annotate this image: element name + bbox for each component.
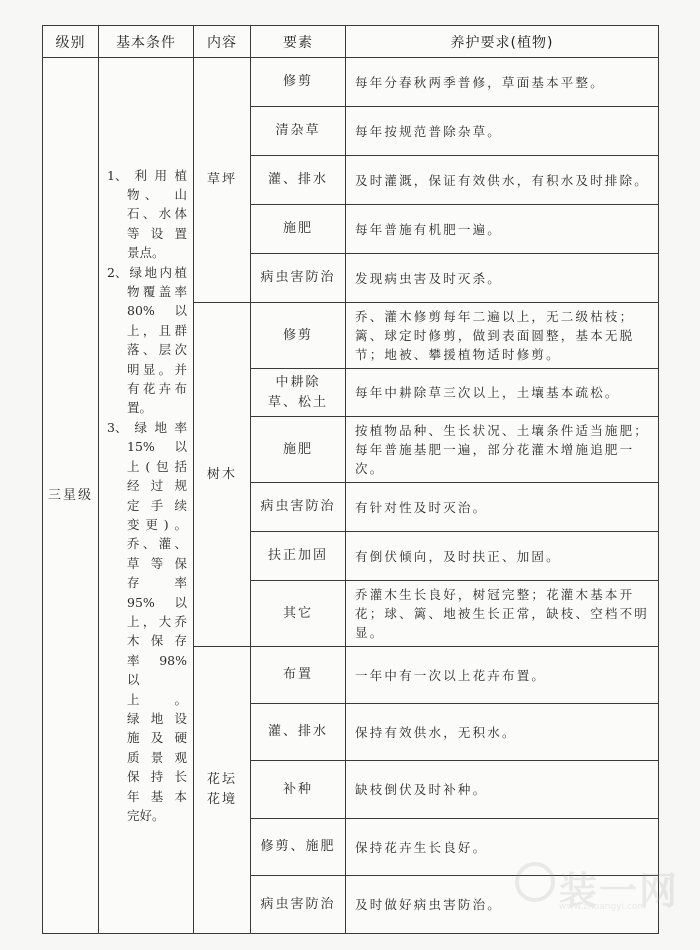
condition-number: 1、 <box>107 166 127 185</box>
requirement-cell: 发现病虫害及时灭杀。 <box>346 254 659 303</box>
condition-number: 3、 <box>107 418 127 437</box>
requirement-cell: 每年按规范普除杂草。 <box>346 107 659 156</box>
requirement-cell: 缺枝倒伏及时补种。 <box>346 761 659 819</box>
element-cell: 修剪 <box>251 303 346 369</box>
element-cell: 病虫害防治 <box>251 483 346 532</box>
condition-item-2: 2、绿地内植 物覆盖率 80% 以 上，且群 落、层次 明显。并 有花卉布 置。 <box>107 263 187 418</box>
header-content: 内容 <box>194 26 251 58</box>
requirement-cell: 每年分春秋两季普修，草面基本平整。 <box>346 58 659 107</box>
requirement-cell: 乔灌木生长良好，树冠完整；花灌木基本开花；球、篱、地被生长正常，缺枝、空档不明显… <box>346 581 659 647</box>
table-row: 三星级 1、利用植 物、 山 石、水体 等设置 景点。 2、绿地内植 物覆盖率 … <box>43 58 659 107</box>
content-cell-flowerbeds: 花坛 花境 <box>194 647 251 934</box>
element-cell: 病虫害防治 <box>251 254 346 303</box>
condition-number: 2、 <box>107 263 127 282</box>
basic-conditions-cell: 1、利用植 物、 山 石、水体 等设置 景点。 2、绿地内植 物覆盖率 80% … <box>99 58 194 934</box>
condition-item-1: 1、利用植 物、 山 石、水体 等设置 景点。 <box>107 166 187 263</box>
table-body: 三星级 1、利用植 物、 山 石、水体 等设置 景点。 2、绿地内植 物覆盖率 … <box>43 58 659 934</box>
level-cell: 三星级 <box>43 58 99 934</box>
document-page: 级别 基本条件 内容 要素 养护要求(植物) 三星级 1、利用植 物、 山 石、… <box>42 25 658 934</box>
table-header-row: 级别 基本条件 内容 要素 养护要求(植物) <box>43 26 659 58</box>
element-cell: 扶正加固 <box>251 532 346 581</box>
header-basic-conditions: 基本条件 <box>99 26 194 58</box>
requirement-cell: 有倒伏倾向，及时扶正、加固。 <box>346 532 659 581</box>
content-cell-trees: 树木 <box>194 303 251 647</box>
requirement-cell: 及时做好病虫害防治。 <box>346 876 659 934</box>
requirement-cell: 保持花卉生长良好。 <box>346 819 659 876</box>
requirement-cell: 乔、灌木修剪每年二遍以上，无二级枯枝；篱、球定时修剪，做到表面圆整，基本无脱节；… <box>346 303 659 369</box>
requirement-cell: 每年中耕除草三次以上，土壤基本疏松。 <box>346 369 659 417</box>
element-cell: 灌、排水 <box>251 156 346 205</box>
requirement-cell: 及时灌溉，保证有效供水，有积水及时排除。 <box>346 156 659 205</box>
element-cell: 补种 <box>251 761 346 819</box>
header-element: 要素 <box>251 26 346 58</box>
condition-item-3: 3、绿地率 15% 以 上(包括 经过规 定手续 变更)。 乔、灌、 草等保 存… <box>107 418 187 826</box>
header-requirement: 养护要求(植物) <box>346 26 659 58</box>
element-cell: 病虫害防治 <box>251 876 346 934</box>
header-level: 级别 <box>43 26 99 58</box>
maintenance-standards-table: 级别 基本条件 内容 要素 养护要求(植物) 三星级 1、利用植 物、 山 石、… <box>42 25 659 934</box>
element-cell: 灌、排水 <box>251 704 346 761</box>
requirement-cell: 一年中有一次以上花卉布置。 <box>346 647 659 704</box>
element-cell: 修剪 <box>251 58 346 107</box>
element-cell: 修剪、施肥 <box>251 819 346 876</box>
content-cell-lawn: 草坪 <box>194 58 251 303</box>
requirement-cell: 每年普施有机肥一遍。 <box>346 205 659 254</box>
requirement-cell: 按植物品种、生长状况、土壤条件适当施肥；每年普施基肥一遍，部分花灌木增施追肥一次… <box>346 417 659 483</box>
element-cell: 布置 <box>251 647 346 704</box>
requirement-cell: 保持有效供水，无积水。 <box>346 704 659 761</box>
element-cell: 施肥 <box>251 205 346 254</box>
element-cell: 施肥 <box>251 417 346 483</box>
element-cell: 其它 <box>251 581 346 647</box>
element-cell: 清杂草 <box>251 107 346 156</box>
element-cell: 中耕除 草、松土 <box>251 369 346 417</box>
requirement-cell: 有针对性及时灭治。 <box>346 483 659 532</box>
